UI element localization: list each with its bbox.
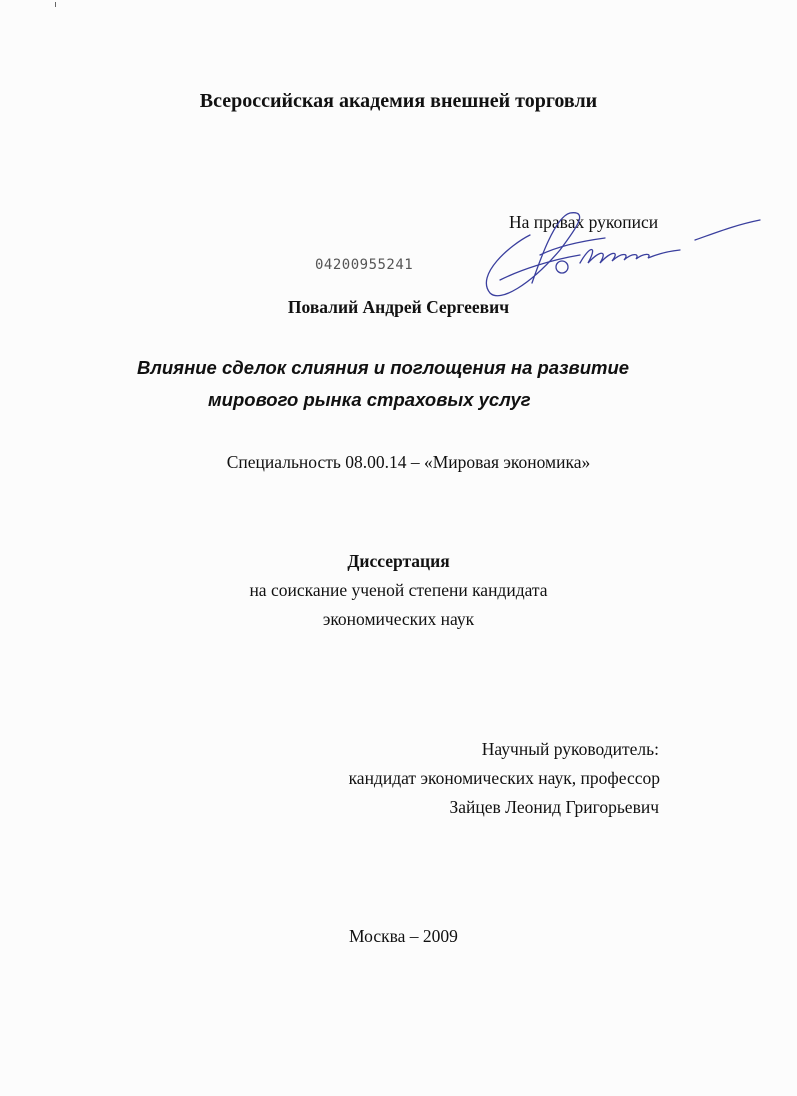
catalog-number: 04200955241 (315, 257, 413, 273)
degree-line-2: экономических наук (0, 609, 797, 630)
advisor-credentials: кандидат экономических наук, профессор (349, 768, 660, 789)
document-type: Диссертация (0, 551, 797, 572)
dissertation-title-line-2: мирового рынка страховых услуг (208, 389, 531, 411)
dissertation-title-page: Всероссийская академия внешней торговли … (0, 0, 797, 1096)
advisor-label: Научный руководитель: (482, 739, 659, 760)
author-name: Повалий Андрей Сергеевич (0, 297, 797, 318)
degree-line-1: на соискание ученой степени кандидата (0, 580, 797, 601)
dissertation-title-line-1: Влияние сделок слияния и поглощения на р… (137, 357, 629, 379)
scan-artifact (55, 2, 56, 7)
advisor-name: Зайцев Леонид Григорьевич (450, 797, 660, 818)
city-year: Москва – 2009 (0, 926, 797, 947)
institution-name: Всероссийская академия внешней торговли (0, 90, 797, 113)
signature-icon (470, 205, 770, 305)
specialty: Специальность 08.00.14 – «Мировая эконом… (0, 452, 797, 473)
